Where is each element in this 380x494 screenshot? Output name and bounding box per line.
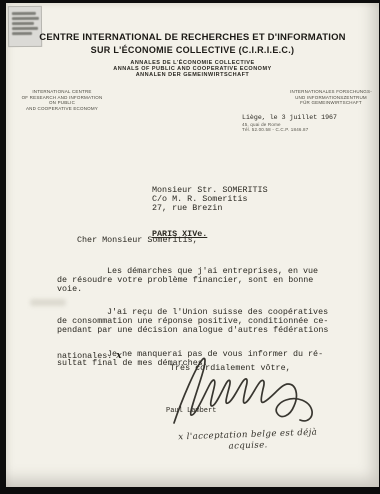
letter-paper: CENTRE INTERNATIONAL DE RECHERCHES ET D'… — [6, 3, 379, 487]
date-text: Liège, le 3 juillet 1967 — [242, 114, 337, 122]
stamp-mark — [12, 22, 34, 25]
scanned-letter: CENTRE INTERNATIONAL DE RECHERCHES ET D'… — [0, 0, 380, 494]
dateline-block: Liège, le 3 juillet 1967 45, quai de Rom… — [242, 114, 337, 132]
handwritten-signature — [144, 353, 324, 429]
org-name-line2: SUR L'ÉCONOMIE COLLECTIVE (C.I.R.I.E.C.) — [6, 45, 379, 55]
paragraph-2-lines: J'ai reçu de l'Union suisse des coopérat… — [57, 308, 363, 334]
letterhead-right-block: INTERNATIONALES FORSCHUNGS-UND INFORMATI… — [284, 89, 378, 106]
salutation: Cher Monsieur Someritis, — [77, 236, 198, 245]
paragraph-1-lines: Les démarches que j'ai entreprises, en v… — [57, 267, 363, 293]
annales-subtitle: ANNALES DE L'ÉCONOMIE COLLECTIVEANNALS O… — [6, 60, 379, 79]
scan-smudge — [30, 299, 66, 306]
recipient-lines: Monsieur Str. SOMERITISC/o M. R. Somerit… — [152, 186, 268, 212]
letterhead-left-block: INTERNATIONAL CENTREOF RESEARCH AND INFO… — [14, 89, 110, 111]
stamp-mark — [12, 17, 39, 20]
stamp-mark — [12, 27, 38, 30]
office-phone: Tél. 52.00.58 - C.C.P. 1846.87 — [242, 127, 337, 132]
org-name-line1: CENTRE INTERNATIONAL DE RECHERCHES ET D'… — [6, 32, 379, 43]
handwritten-footnote: x l'acceptation belge est déjà acquise. — [148, 427, 349, 456]
stamp-mark — [12, 12, 36, 15]
typed-signature-name: Paul Lambert — [166, 407, 216, 416]
